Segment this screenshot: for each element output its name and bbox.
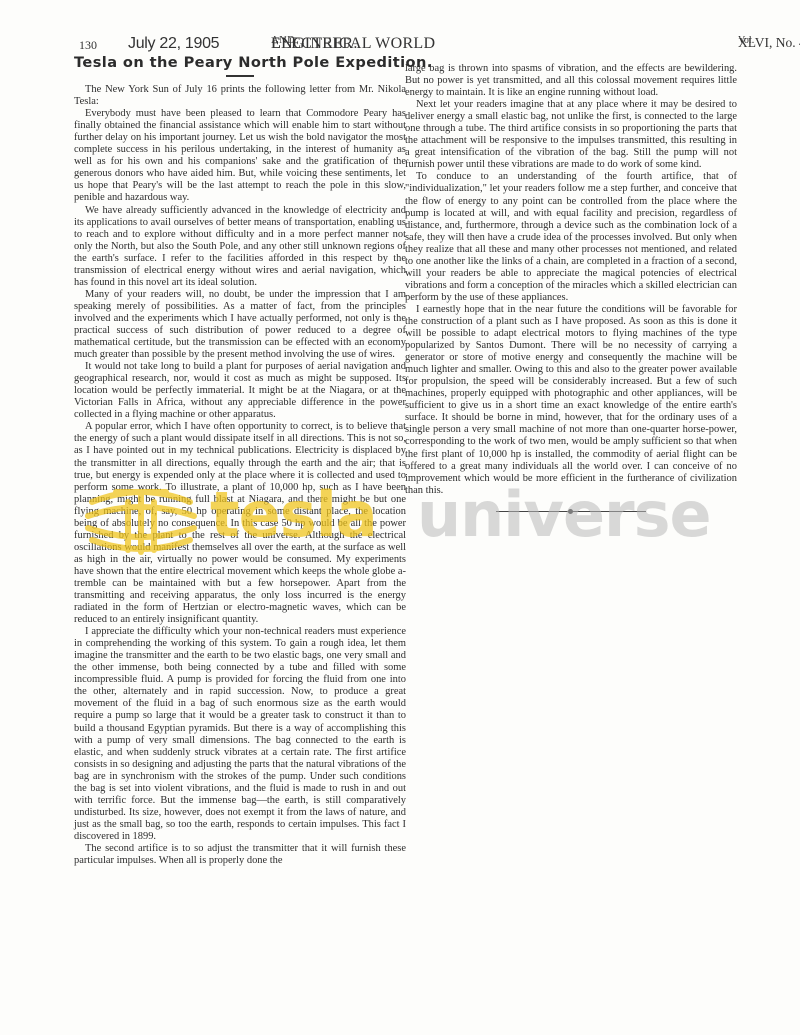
body-paragraph-continued: large bag is thrown into spasms of vibra… xyxy=(405,63,737,99)
title-divider xyxy=(226,75,254,77)
body-paragraph: The second artifice is to so adjust the … xyxy=(74,843,406,867)
left-column: Tesla on the Peary North Pole Expedition… xyxy=(74,57,406,867)
body-paragraph: Next let your readers imagine that at an… xyxy=(405,99,737,171)
issue-date: July 22, 1905 xyxy=(128,35,219,53)
body-paragraph: Everybody must have been pleased to lear… xyxy=(74,108,406,204)
running-header: 130 July 22, 1905 ELECTRICAL WORLD AND E… xyxy=(66,35,746,55)
page-number: 130 xyxy=(79,38,97,53)
journal-title-end: ENGINEER. xyxy=(271,35,358,53)
document-page: 130 July 22, 1905 ELECTRICAL WORLD AND E… xyxy=(0,0,800,1035)
body-paragraph: I earnestly hope that in the near future… xyxy=(405,304,737,497)
intro-paragraph: The New York Sun of July 16 prints the f… xyxy=(74,84,406,108)
right-column: large bag is thrown into spasms of vibra… xyxy=(405,63,737,512)
body-paragraph: It would not take long to build a plant … xyxy=(74,361,406,421)
body-paragraph: A popular error, which I have often oppo… xyxy=(74,421,406,626)
body-paragraph: To conduce to an understanding of the fo… xyxy=(405,171,737,304)
body-paragraph: I appreciate the difficulty which your n… xyxy=(74,626,406,843)
article-title: Tesla on the Peary North Pole Expedition… xyxy=(74,57,406,69)
volume-rest: XLVI, No. 4. xyxy=(738,35,800,51)
body-paragraph: Many of your readers will, no doubt, be … xyxy=(74,289,406,361)
article-end-divider xyxy=(496,511,646,512)
body-paragraph: We have already sufficiently advanced in… xyxy=(74,205,406,289)
